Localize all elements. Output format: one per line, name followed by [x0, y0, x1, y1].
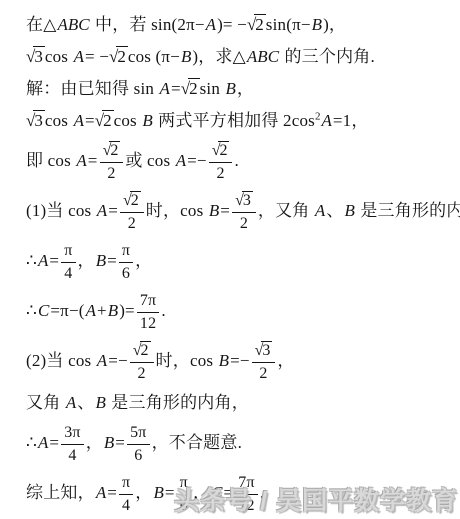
math-variable: B	[103, 433, 115, 452]
fraction-numerator: √2	[209, 141, 233, 163]
math-text: =	[107, 251, 117, 270]
math-text: cos	[114, 111, 142, 130]
math-text: 时，cos	[146, 201, 208, 220]
math-line-1: 在△ABC 中，若 sin(2π−A)= −√2sin(π−B)，	[26, 13, 460, 37]
math-text: 2	[216, 165, 224, 182]
fraction-denominator: 2	[252, 363, 276, 383]
math-text: =π−(	[50, 301, 84, 320]
math-line-2: √3cos A= −√2cos (π−B)，求△ABC 的三个内角.	[26, 45, 460, 69]
math-text: =	[88, 151, 98, 170]
radical: √3	[235, 192, 253, 209]
radical: √2	[109, 47, 128, 66]
fraction-denominator: 6	[127, 445, 149, 465]
radicand: 2	[188, 78, 200, 98]
fraction: √22	[209, 141, 233, 183]
fraction-denominator: 6	[119, 263, 133, 283]
fraction-numerator: 7π	[137, 291, 159, 313]
math-text: sin(π−	[266, 15, 311, 34]
math-text: 3π	[64, 424, 80, 441]
fraction-denominator: 12	[137, 313, 159, 333]
math-text: π	[122, 242, 130, 259]
watermark: 头条号 / 吴国平数学教育	[174, 481, 458, 517]
radical: √2	[247, 15, 266, 34]
math-text: =	[49, 251, 59, 270]
math-text: )，	[323, 15, 346, 34]
math-variable: A	[73, 111, 85, 130]
math-variable: ABC	[56, 15, 90, 34]
fraction-denominator: 2	[232, 213, 256, 233]
fraction: √22	[130, 341, 154, 383]
radicand: 3	[242, 191, 253, 209]
fraction: 5π6	[127, 423, 149, 465]
math-line-10: 又角 A、B 是三角形的内角，	[26, 391, 460, 415]
math-text: 5π	[130, 424, 146, 441]
radical: √2	[181, 79, 200, 98]
math-text: =	[220, 201, 230, 220]
radicand: 2	[140, 341, 151, 359]
math-text: 是三角形的内角，	[107, 393, 249, 412]
radical: √2	[95, 111, 114, 130]
fraction-denominator: 2	[100, 163, 124, 183]
math-variable: B	[152, 483, 164, 502]
fraction-numerator: 5π	[127, 423, 149, 445]
fraction-numerator: √3	[232, 191, 256, 213]
math-text: =	[108, 201, 118, 220]
fraction: π4	[61, 241, 75, 283]
math-text: sin	[200, 79, 225, 98]
fraction: √32	[252, 341, 276, 383]
radicand: 2	[109, 141, 120, 159]
math-text: = −	[85, 47, 109, 66]
math-variable: A	[159, 79, 171, 98]
math-text: )= −	[217, 15, 247, 34]
fraction-numerator: π	[119, 241, 133, 263]
radicand: 3	[33, 110, 45, 130]
math-line-6: (1)当 cos A=√22时，cos B=√32，又角 A、B 是三角形的内角…	[26, 191, 460, 233]
radicand: 3	[261, 341, 272, 359]
math-text: 2	[259, 365, 267, 382]
radicand: 2	[116, 46, 128, 66]
fraction-numerator: π	[119, 473, 133, 495]
math-text: 6	[134, 447, 142, 464]
fraction-denominator: 2	[130, 363, 154, 383]
math-text: 2	[240, 215, 248, 232]
math-text: =−	[230, 351, 250, 370]
math-variable: A	[175, 151, 187, 170]
math-text: ，	[277, 351, 294, 370]
math-variable: A	[95, 483, 107, 502]
math-text: 6	[122, 265, 130, 282]
math-text: ，	[78, 251, 95, 270]
math-text: ，	[86, 433, 103, 452]
math-text: ，	[135, 483, 152, 502]
radical: √2	[123, 192, 141, 209]
radical: √2	[212, 142, 230, 159]
fraction: π6	[119, 241, 133, 283]
math-text: (2)当 cos	[26, 351, 96, 370]
fraction: 3π4	[61, 423, 83, 465]
math-text: 2	[138, 365, 146, 382]
fraction-numerator: √2	[130, 341, 154, 363]
radicand: 2	[218, 141, 229, 159]
fraction-numerator: 3π	[61, 423, 83, 445]
fraction-numerator: √2	[120, 191, 144, 213]
math-variable: A	[205, 15, 217, 34]
math-line-7: ∴A=π4，B=π6，	[26, 241, 460, 283]
math-text: cos	[45, 47, 73, 66]
radicand: 3	[33, 46, 45, 66]
math-text: .	[234, 151, 238, 170]
fraction: 7π12	[137, 291, 159, 333]
radicand: 2	[254, 14, 266, 34]
math-text: 的三个内角.	[280, 47, 375, 66]
math-text: 综上知，	[26, 483, 95, 502]
radical: √3	[26, 111, 45, 130]
fraction: √22	[100, 141, 124, 183]
math-text: 2	[107, 165, 115, 182]
math-text: 即 cos	[26, 151, 75, 170]
math-variable: A	[65, 393, 77, 412]
math-text: 7π	[140, 292, 156, 309]
math-text: cos (π−	[128, 47, 180, 66]
math-text: )，求△	[192, 47, 246, 66]
math-text: =	[85, 111, 95, 130]
math-line-5: 即 cos A=√22或 cos A=−√22.	[26, 141, 460, 183]
math-variable: B	[94, 393, 106, 412]
math-text: 两式平方相加得 2cos	[154, 111, 315, 130]
math-text: 4	[122, 497, 130, 514]
math-text: 在△	[26, 15, 56, 34]
math-variable: C	[37, 301, 50, 320]
math-text: ，	[237, 79, 254, 98]
fraction-denominator: 4	[61, 445, 83, 465]
math-line-11: ∴A=3π4，B=5π6，不合题意.	[26, 423, 460, 465]
fraction: π4	[119, 473, 133, 515]
math-text: =	[115, 433, 125, 452]
math-line-4: √3cos A=√2cos B 两式平方相加得 2cos2A=1，	[26, 109, 460, 133]
math-text: .	[161, 301, 165, 320]
solution-lines: 在△ABC 中，若 sin(2π−A)= −√2sin(π−B)，√3cos A…	[0, 0, 460, 515]
math-variable: B	[224, 79, 236, 98]
math-text: 是三角形的内角，	[356, 201, 460, 220]
radical: √3	[26, 47, 45, 66]
math-text: 2	[128, 215, 136, 232]
math-text: 4	[68, 447, 76, 464]
math-text: =	[49, 433, 59, 452]
math-text: 解：由已知得 sin	[26, 79, 159, 98]
math-text: ，又角	[258, 201, 314, 220]
math-variable: A	[85, 301, 97, 320]
math-text: π	[122, 474, 130, 491]
math-variable: A	[320, 111, 332, 130]
math-variable: B	[141, 111, 153, 130]
math-text: (1)当 cos	[26, 201, 96, 220]
fraction-denominator: 4	[119, 495, 133, 515]
math-text: 中，若 sin(2π−	[91, 15, 205, 34]
math-text: 又角	[26, 393, 65, 412]
math-line-8: ∴C=π−(A+B)=7π12.	[26, 291, 460, 333]
math-variable: B	[95, 251, 107, 270]
math-text: )=	[119, 301, 135, 320]
math-variable: A	[96, 351, 108, 370]
radical: √2	[103, 142, 121, 159]
math-text: =	[171, 79, 181, 98]
math-line-3: 解：由已知得 sin A=√2sin B，	[26, 77, 460, 101]
math-text: =1，	[333, 111, 369, 130]
fraction: √22	[120, 191, 144, 233]
math-variable: A	[314, 201, 326, 220]
fraction-denominator: 2	[120, 213, 144, 233]
math-variable: ABC	[246, 47, 280, 66]
math-variable: B	[218, 351, 230, 370]
math-variable: A	[37, 433, 49, 452]
math-text: =	[107, 483, 117, 502]
math-variable: A	[75, 151, 87, 170]
radical: √3	[255, 342, 273, 359]
math-variable: B	[344, 201, 356, 220]
math-variable: B	[107, 301, 119, 320]
radical: √2	[133, 342, 151, 359]
math-variable: B	[311, 15, 323, 34]
math-text: =−	[108, 351, 128, 370]
fraction-denominator: 2	[209, 163, 233, 183]
math-text: 时，cos	[156, 351, 218, 370]
math-text: 12	[140, 315, 156, 332]
math-text: ∴	[26, 251, 37, 270]
fraction-numerator: √3	[252, 341, 276, 363]
math-variable: A	[73, 47, 85, 66]
math-text: ∴	[26, 433, 37, 452]
math-variable: A	[96, 201, 108, 220]
math-text: 、	[77, 393, 94, 412]
fraction-numerator: √2	[100, 141, 124, 163]
radicand: 2	[102, 110, 114, 130]
math-worksheet: 在△ABC 中，若 sin(2π−A)= −√2sin(π−B)，√3cos A…	[0, 0, 460, 519]
math-variable: A	[37, 251, 49, 270]
math-text: 4	[64, 265, 72, 282]
math-text: ，不合题意.	[152, 433, 242, 452]
radicand: 2	[130, 191, 141, 209]
fraction: √32	[232, 191, 256, 233]
math-text: =−	[187, 151, 207, 170]
math-text: π	[64, 242, 72, 259]
math-text: 或 cos	[125, 151, 174, 170]
math-text: +	[97, 301, 107, 320]
math-line-9: (2)当 cos A=−√22时，cos B=−√32，	[26, 341, 460, 383]
fraction-numerator: π	[61, 241, 75, 263]
math-variable: B	[180, 47, 192, 66]
math-variable: B	[208, 201, 220, 220]
math-text: 、	[326, 201, 343, 220]
math-text: cos	[45, 111, 73, 130]
fraction-denominator: 4	[61, 263, 75, 283]
math-text: ，	[135, 251, 152, 270]
math-text: ∴	[26, 301, 37, 320]
